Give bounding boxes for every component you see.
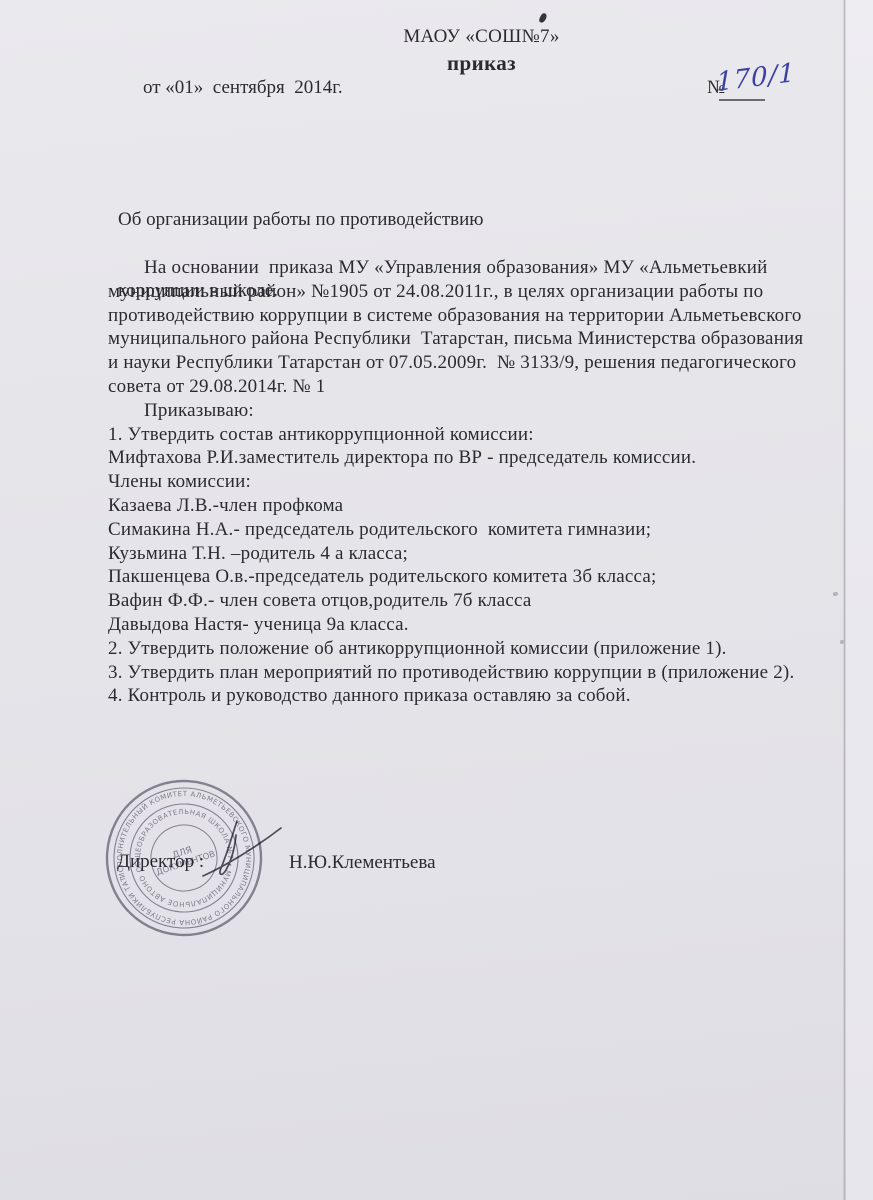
body-line: Пакшенцева О.в.-председатель родительско…: [108, 565, 838, 589]
body-line: 2. Утвердить положение об антикоррупцион…: [108, 637, 838, 661]
scanned-document-page: МАОУ «СОШ№7» приказ от «01» сентября 201…: [0, 0, 873, 1200]
paper-edge: [846, 0, 873, 1200]
body-line: муниципального района Республики Татарст…: [108, 327, 838, 351]
body-line: На основании приказа МУ «Управления обра…: [108, 256, 838, 280]
body-line: противодействию коррупции в системе обра…: [108, 304, 838, 328]
doc-body: На основании приказа МУ «Управления обра…: [108, 256, 838, 708]
body-line: муниципальный район» №1905 от 24.08.2011…: [108, 280, 838, 304]
body-line: Кузьмина Т.Н. –родитель 4 а класса;: [108, 542, 838, 566]
ink-speck: [538, 12, 548, 24]
doc-date: от «01» сентября 2014г.: [143, 77, 343, 99]
signature-name: Н.Ю.Клементьева: [289, 852, 436, 874]
body-line: 4. Контроль и руководство данного приказ…: [108, 684, 838, 708]
body-line: Члены комиссии:: [108, 470, 838, 494]
body-line: и науки Республики Татарстан от 07.05.20…: [108, 351, 838, 375]
body-line: Давыдова Настя- ученица 9а класса.: [108, 613, 838, 637]
body-line: Приказываю:: [108, 399, 838, 423]
body-line: Вафин Ф.Ф.- член совета отцов,родитель 7…: [108, 589, 838, 613]
org-name: МАОУ «СОШ№7»: [90, 26, 873, 48]
body-line: совета от 29.08.2014г. № 1: [108, 375, 838, 399]
body-line: Мифтахова Р.И.заместитель директора по В…: [108, 446, 838, 470]
pen-signature: [175, 808, 305, 893]
body-line: 1. Утвердить состав антикоррупционной ко…: [108, 423, 838, 447]
subject-line: Об организации работы по противодействию: [118, 208, 484, 232]
doc-number-underline: [719, 99, 765, 101]
body-line: 3. Утвердить план мероприятий по противо…: [108, 661, 838, 685]
body-line: Симакина Н.А.- председатель родительског…: [108, 518, 838, 542]
body-line: Казаева Л.В.-член профкома: [108, 494, 838, 518]
